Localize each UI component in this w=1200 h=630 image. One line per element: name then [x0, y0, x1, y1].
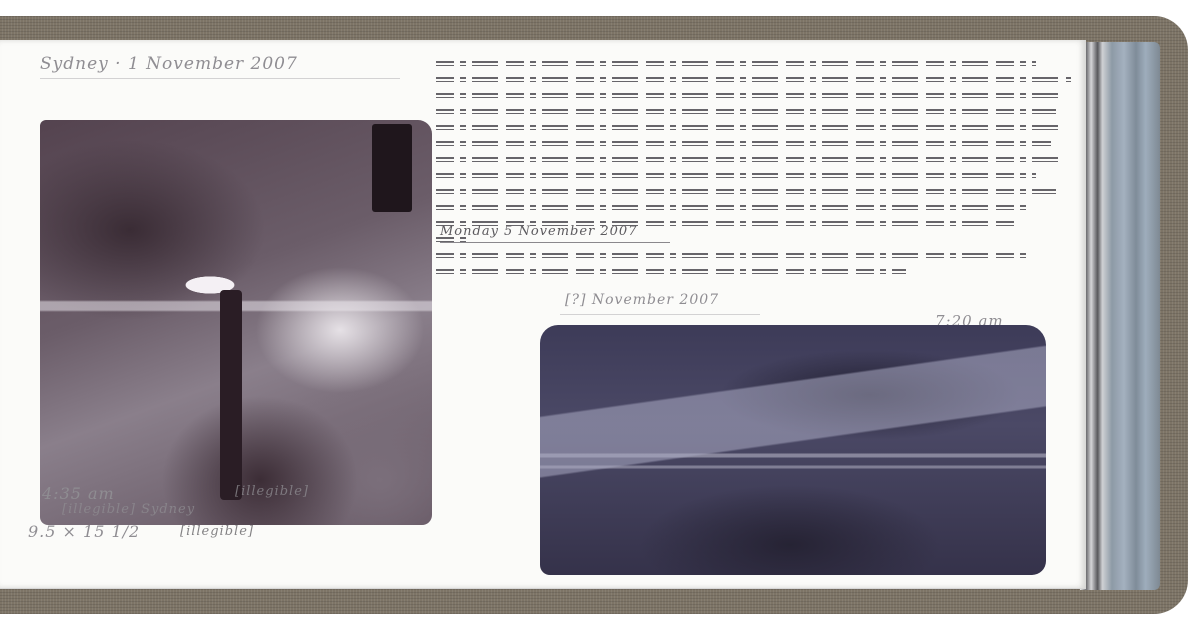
- painting-dark-bar: [372, 124, 412, 212]
- header-note: Sydney · 1 November 2007: [40, 54, 298, 74]
- caption-line-3: [illegible]: [180, 524, 254, 539]
- dated-entry: [illegible handwritten entry, 2 lines]: [436, 248, 1036, 288]
- journal-line: [436, 152, 1061, 166]
- caption-size: 9.5 × 15 1/2: [28, 522, 140, 541]
- header-rule: [40, 78, 400, 79]
- painting-header: [?] November 2007: [565, 292, 719, 308]
- journal-line: [436, 120, 1066, 134]
- caption-line-2: [illegible] Sydney: [62, 502, 195, 517]
- sketchbook-spread: Sydney · 1 November 2007 Monochrome viol…: [0, 40, 1086, 588]
- journal-line: [436, 248, 1031, 262]
- journal-line: [436, 104, 1056, 118]
- journal-line: [436, 136, 1051, 150]
- journal-line: [436, 168, 1036, 182]
- page-stack-edges: [1080, 42, 1160, 590]
- journal-line: [436, 56, 1036, 70]
- watercolor-painting-landscape: Deep indigo watercolor landscape at dusk…: [540, 325, 1046, 575]
- journal-line: [436, 200, 1031, 214]
- dated-heading-underline: [440, 242, 670, 243]
- journal-line: [436, 88, 1066, 102]
- caption-time: 4:35 am: [42, 484, 115, 503]
- painting-dark-post: [220, 290, 242, 500]
- watercolor-painting-interior: Monochrome violet-grey watercolor of an …: [40, 120, 432, 525]
- journal-line: [436, 184, 1056, 198]
- journal-line: [436, 264, 906, 278]
- painting-header-rule: [560, 314, 760, 315]
- journal-line: [436, 72, 1071, 86]
- caption-signature: [illegible]: [235, 484, 309, 499]
- dated-heading: Monday 5 November 2007: [440, 224, 637, 239]
